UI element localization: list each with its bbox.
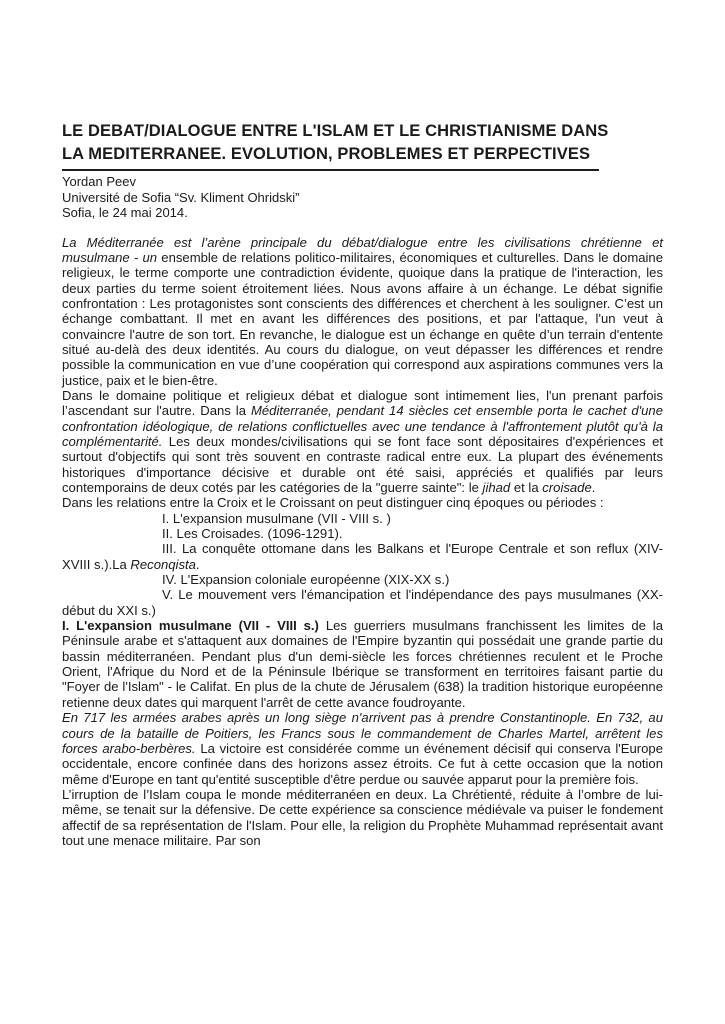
paragraph-irruption: L’irruption de l’Islam coupa le monde mé…: [62, 787, 663, 848]
text-segment: et la: [510, 480, 542, 495]
period-item-3: III. La conquête ottomane dans les Balka…: [62, 541, 663, 572]
paragraph-intro: La Méditerranée est l’arène principale d…: [62, 235, 663, 388]
document-page: LE DEBAT/DIALOGUE ENTRE L'ISLAM ET LE CH…: [0, 0, 725, 1024]
text-segment: IV. L'Expansion coloniale européenne (XI…: [162, 572, 449, 587]
text-segment: .: [196, 557, 200, 572]
place-and-date: Sofia, le 24 mai 2014.: [62, 205, 663, 221]
text-segment: I. L'expansion musulmane (VII - VIII s. …: [162, 511, 391, 526]
title-line-1: LE DEBAT/DIALOGUE ENTRE L'ISLAM ET LE CH…: [62, 120, 663, 143]
paragraph-717-732: En 717 les armées arabes après un long s…: [62, 710, 663, 787]
text-segment: jihad: [483, 480, 511, 495]
text-segment: Dans les relations entre la Croix et le …: [62, 495, 604, 510]
text-segment: Reconqista: [130, 557, 196, 572]
text-segment: II. Les Croisades. (1096-1291).: [162, 526, 343, 541]
section-heading-inline: I. L'expansion musulmane (VII - VIII s.): [62, 618, 326, 633]
text-segment: croisade: [542, 480, 592, 495]
text-segment: L’irruption de l’Islam coupa le monde mé…: [62, 787, 663, 848]
title-line-2: LA MEDITERRANEE. EVOLUTION, PROBLEMES ET…: [62, 143, 663, 166]
text-segment: V. Le mouvement vers l'émancipation et l…: [62, 587, 663, 617]
affiliation: Université de Sofia “Sv. Kliment Ohridsk…: [62, 190, 663, 206]
text-segment: ensemble de relations politico-militaire…: [62, 250, 663, 388]
title-underline-rule: [62, 169, 599, 171]
paragraph-debat-dialogue: Dans le domaine politique et religieux d…: [62, 388, 663, 495]
period-item-1: I. L'expansion musulmane (VII - VIII s. …: [62, 511, 663, 526]
paragraph-section1-expansion: I. L'expansion musulmane (VII - VIII s.)…: [62, 618, 663, 710]
author-name: Yordan Peev: [62, 174, 663, 190]
paragraph-cinq-epoques: Dans les relations entre la Croix et le …: [62, 495, 663, 510]
period-item-5: V. Le mouvement vers l'émancipation et l…: [62, 587, 663, 618]
document-title: LE DEBAT/DIALOGUE ENTRE L'ISLAM ET LE CH…: [62, 120, 663, 171]
document-body: La Méditerranée est l’arène principale d…: [62, 235, 663, 849]
period-item-2: II. Les Croisades. (1096-1291).: [62, 526, 663, 541]
text-segment: .: [592, 480, 596, 495]
period-item-4: IV. L'Expansion coloniale européenne (XI…: [62, 572, 663, 587]
byline-block: Yordan Peev Université de Sofia “Sv. Kli…: [62, 174, 663, 221]
